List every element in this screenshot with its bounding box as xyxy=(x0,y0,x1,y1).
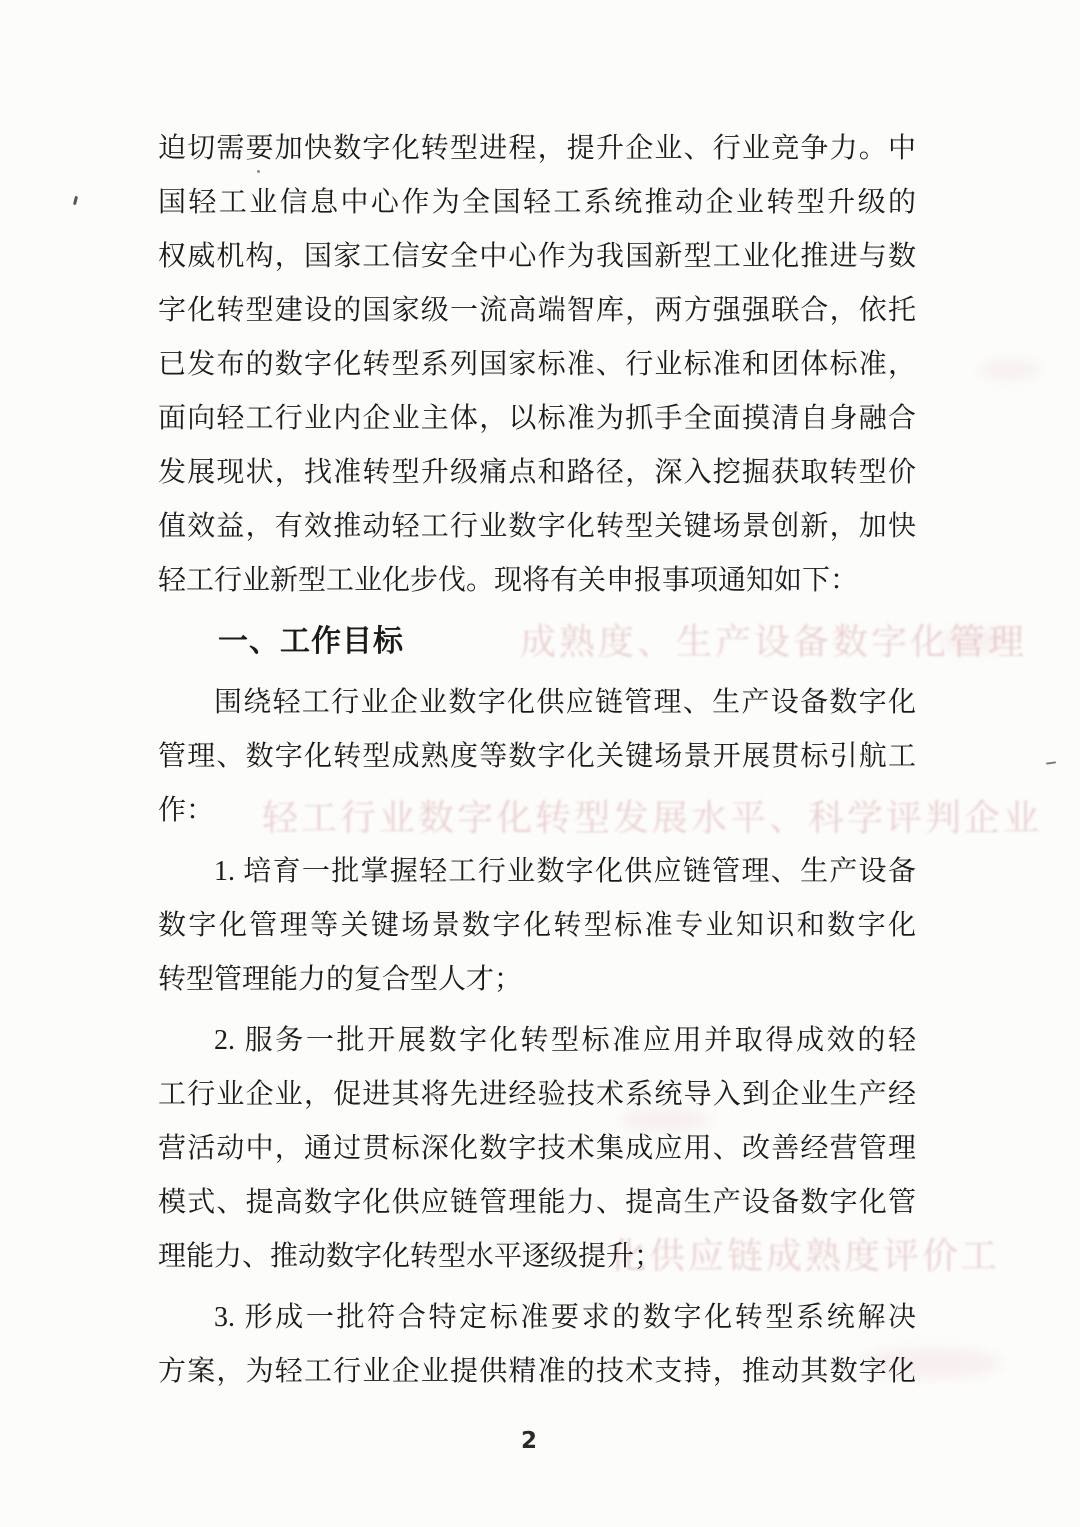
page-number: 2 xyxy=(0,1428,1058,1454)
section-heading: 一、工作目标 xyxy=(158,615,916,669)
text-line: 已发布的数字化转型系列国家标准、行业标准和团体标准， xyxy=(158,338,916,392)
text-line: 轻工行业新型工业化步伐。现将有关申报事项通知如下： xyxy=(158,554,916,608)
text-line: 作： xyxy=(158,784,916,838)
text-line: 字化转型建设的国家级一流高端智库，两方强强联合，依托 xyxy=(158,284,916,338)
text-line: 数字化管理等关键场景数字化转型标准专业知识和数字化 xyxy=(158,899,916,953)
text-line: 3. 形成一批符合特定标准要求的数字化转型系统解决 xyxy=(158,1291,916,1345)
paragraph: 2. 服务一批开展数字化转型标准应用并取得成效的轻工行业企业，促进其将先进经验技… xyxy=(158,1014,916,1284)
text-line: 迫切需要加快数字化转型进程，提升企业、行业竞争力。中 xyxy=(158,122,916,176)
scan-speck xyxy=(1046,761,1056,764)
text-line: 值效益，有效推动轻工行业数字化转型关键场景创新，加快 xyxy=(158,500,916,554)
document-body: 迫切需要加快数字化转型进程，提升企业、行业竞争力。中国轻工业信息中心作为全国轻工… xyxy=(158,122,916,1406)
text-line: 权威机构，国家工信安全中心作为我国新型工业化推进与数 xyxy=(158,230,916,284)
paragraph: 1. 培育一批掌握轻工行业数字化供应链管理、生产设备数字化管理等关键场景数字化转… xyxy=(158,845,916,1007)
text-line: 方案，为轻工行业企业提供精准的技术支持，推动其数字化 xyxy=(158,1345,916,1399)
text-line: 转型管理能力的复合型人才； xyxy=(158,953,916,1007)
text-line: 发展现状，找准转型升级痛点和路径，深入挖掘获取转型价 xyxy=(158,446,916,500)
paragraph: 迫切需要加快数字化转型进程，提升企业、行业竞争力。中国轻工业信息中心作为全国轻工… xyxy=(158,122,916,608)
document-page: 成熟度、生产设备数字化管理轻工行业数字化转型发展水平、科学评判企业化供应链成熟度… xyxy=(0,0,1080,1527)
paragraph: 围绕轻工行业企业数字化供应链管理、生产设备数字化管理、数字化转型成熟度等数字化关… xyxy=(158,676,916,838)
text-line: 工行业企业，促进其将先进经验技术系统导入到企业生产经 xyxy=(158,1068,916,1122)
text-line: 模式、提高数字化供应链管理能力、提高生产设备数字化管 xyxy=(158,1176,916,1230)
scan-smudge xyxy=(940,630,1010,652)
text-line: 一、工作目标 xyxy=(158,615,916,669)
text-line: 营活动中，通过贯标深化数字技术集成应用、改善经营管理 xyxy=(158,1122,916,1176)
text-line: 国轻工业信息中心作为全国轻工系统推动企业转型升级的 xyxy=(158,176,916,230)
text-line: 面向轻工行业内企业主体，以标准为抓手全面摸清自身融合 xyxy=(158,392,916,446)
scan-smudge xyxy=(980,360,1040,380)
text-line: 管理、数字化转型成熟度等数字化关键场景开展贯标引航工 xyxy=(158,730,916,784)
text-line: 理能力、推动数字化转型水平逐级提升； xyxy=(158,1230,916,1284)
text-line: 1. 培育一批掌握轻工行业数字化供应链管理、生产设备 xyxy=(158,845,916,899)
paragraph: 3. 形成一批符合特定标准要求的数字化转型系统解决方案，为轻工行业企业提供精准的… xyxy=(158,1291,916,1399)
scan-speck xyxy=(73,196,78,205)
text-line: 2. 服务一批开展数字化转型标准应用并取得成效的轻 xyxy=(158,1014,916,1068)
text-line: 围绕轻工行业企业数字化供应链管理、生产设备数字化 xyxy=(158,676,916,730)
